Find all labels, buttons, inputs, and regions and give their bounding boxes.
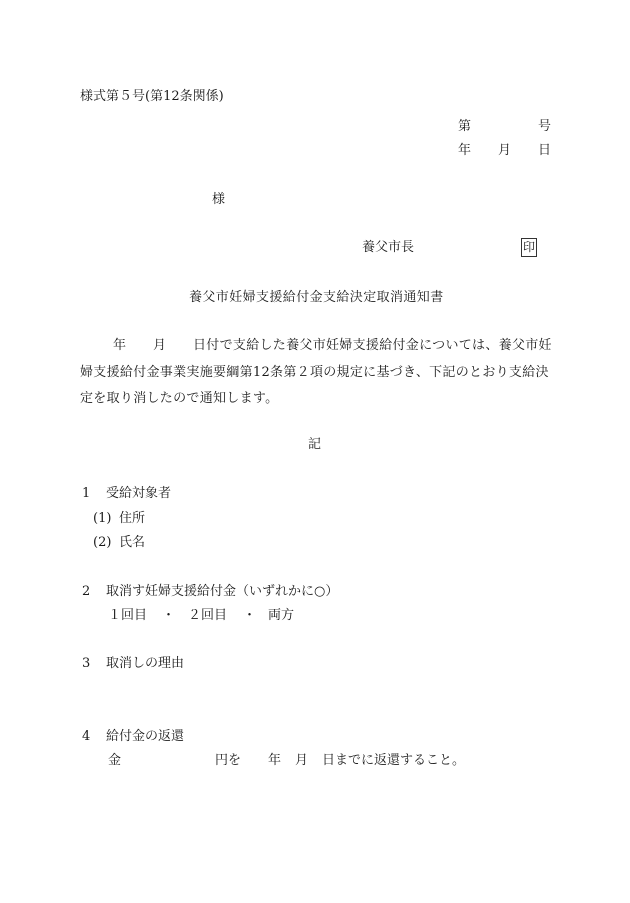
section-2-option-2: ２回目	[188, 608, 227, 624]
section-1-item-1-text: 住所	[119, 511, 145, 527]
form-number: 様式第５号(第12条関係)	[80, 89, 224, 105]
section-4-number: 4	[82, 729, 90, 745]
section-2-number: 2	[82, 584, 90, 600]
section-3-heading: 取消しの理由	[106, 656, 184, 672]
section-4-yen-label: 円を	[215, 753, 241, 769]
section-1-item-1-label: (1)	[93, 511, 111, 527]
ki-heading: 記	[308, 437, 321, 453]
section-4-heading: 給付金の返還	[106, 729, 184, 745]
seal-stamp-box: 印	[521, 238, 537, 257]
section-1-item-2-text: 氏名	[119, 535, 145, 551]
section-4-rest-text: 日までに返還すること。	[322, 753, 465, 769]
body-line-3: 定を取り消したので通知します。	[80, 391, 278, 407]
section-2-separator-1: ・	[162, 608, 175, 624]
date-month-label: 月	[498, 143, 511, 159]
section-1-heading: 受給対象者	[106, 486, 171, 502]
body-line-2: 婦支援給付金事業実施要綱第12条第２項の規定に基づき、下記のとおり支給決	[80, 365, 549, 381]
section-1-number: 1	[82, 486, 90, 502]
body-line-1: 日付で支給した養父市妊婦支援給付金については、養父市妊	[193, 338, 552, 354]
date-day-label: 日	[538, 143, 551, 159]
section-2-option-3: 両方	[268, 608, 294, 624]
section-2-option-1: １回目	[108, 608, 147, 624]
section-1-item-2-label: (2)	[93, 535, 111, 551]
document-title: 養父市妊婦支援給付金支給決定取消通知書	[189, 290, 444, 306]
date-year-label: 年	[458, 143, 471, 159]
doc-number-prefix: 第	[458, 119, 471, 135]
section-4-year-label: 年	[268, 753, 281, 769]
section-4-month-label: 月	[295, 753, 308, 769]
section-4-kin-label: 金	[108, 753, 121, 769]
section-3-number: 3	[82, 656, 90, 672]
body-year-label: 年	[113, 338, 126, 354]
section-2-heading: 取消す妊婦支援給付金（いずれかに○）	[106, 584, 338, 600]
doc-number-suffix: 号	[538, 119, 551, 135]
body-month-label: 月	[153, 338, 166, 354]
issuer-name: 養父市長	[362, 240, 414, 256]
addressee-honorific: 様	[212, 192, 225, 208]
section-2-separator-2: ・	[243, 608, 256, 624]
